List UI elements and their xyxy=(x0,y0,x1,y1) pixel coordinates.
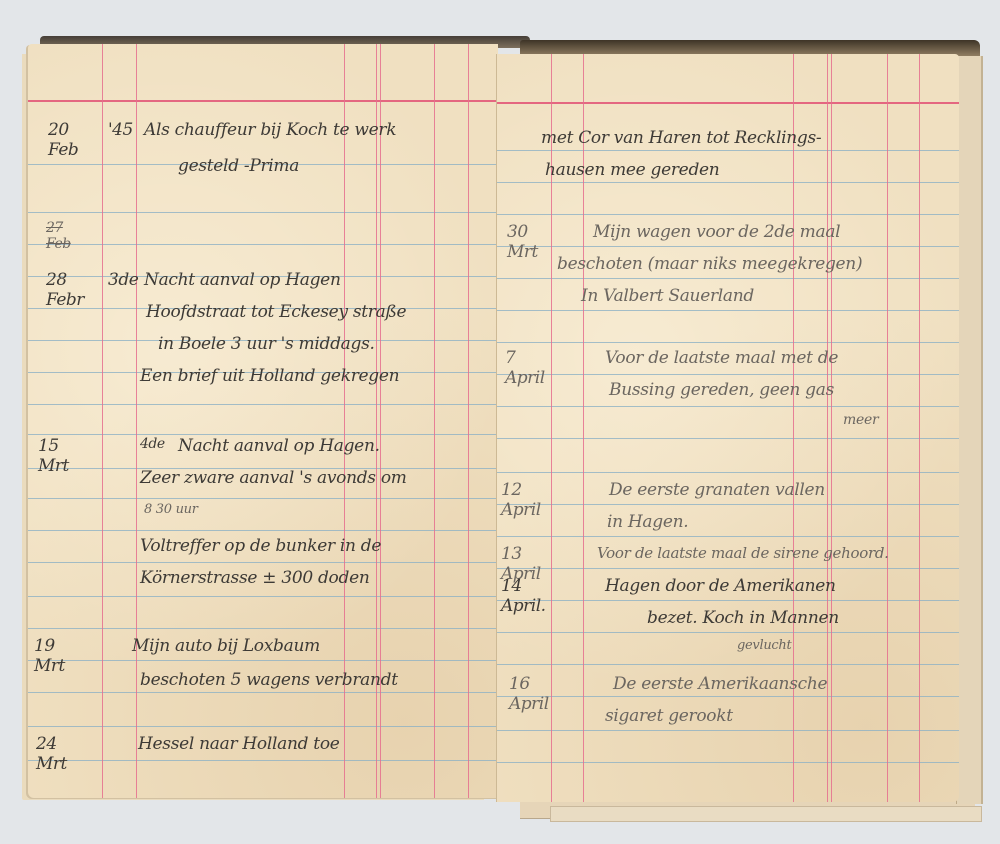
margin-line xyxy=(102,44,103,798)
ruled-line xyxy=(497,696,959,697)
ruled-line xyxy=(28,562,498,563)
entry-date: 27 Feb xyxy=(46,220,71,252)
margin-line xyxy=(136,44,137,798)
entry-ordinal: 3de xyxy=(108,270,138,290)
ruled-line xyxy=(28,692,498,693)
ruled-line xyxy=(28,244,498,245)
ruled-line xyxy=(497,762,959,763)
entry-line: bezet. Koch in Mannen xyxy=(647,608,839,628)
entry-line: Nacht aanval op Hagen. xyxy=(178,436,380,456)
ruled-line xyxy=(497,150,959,151)
ruled-line xyxy=(497,568,959,569)
entry-line: hausen mee gereden xyxy=(545,160,719,180)
entry-line: Voltreffer op de bunker in de xyxy=(140,536,381,556)
entry-line: Mijn wagen voor de 2de maal xyxy=(593,222,840,242)
entry-line: Nacht aanval op Hagen xyxy=(144,270,341,290)
entry-line: Als chauffeur bij Koch te werk xyxy=(144,120,396,140)
entry-line: in Boele 3 uur 's middags. xyxy=(158,334,375,354)
entry-line: in Hagen. xyxy=(607,512,688,532)
ruled-line xyxy=(497,342,959,343)
ruled-line xyxy=(497,310,959,311)
entry-line: De eerste granaten vallen xyxy=(609,480,825,500)
notebook-page-edges xyxy=(956,56,983,804)
entry-line: Bussing gereden, geen gas xyxy=(609,380,834,400)
entry-line: Een brief uit Holland gekregen xyxy=(140,366,399,386)
entry-line: 8 30 uur xyxy=(144,502,198,517)
column-line xyxy=(434,44,435,798)
notebook-back-sheet-bottom-2 xyxy=(550,806,982,822)
entry-year: '45 xyxy=(108,120,133,140)
entry-date: 28 Febr xyxy=(46,270,84,310)
ruled-line xyxy=(497,214,959,215)
entry-date: 24 Mrt xyxy=(36,734,67,774)
entry-line: Mijn auto bij Loxbaum xyxy=(132,636,320,656)
entry-date: 12 April xyxy=(501,480,541,520)
entry-line: sigaret gerookt xyxy=(605,706,733,726)
ruled-line xyxy=(497,246,959,247)
entry-line: Voor de laatste maal de sirene gehoord. xyxy=(597,544,889,562)
ruled-line xyxy=(28,498,498,499)
ruled-line xyxy=(28,404,498,405)
entry-date: 15 Mrt xyxy=(38,436,69,476)
ruled-line xyxy=(497,632,959,633)
ruled-line xyxy=(497,182,959,183)
ruled-line xyxy=(28,434,498,435)
entry-line: Voor de laatste maal met de xyxy=(605,348,838,368)
ruled-line xyxy=(28,212,498,213)
entry-ordinal: 4de xyxy=(140,436,165,452)
ruled-line xyxy=(497,406,959,407)
ruled-line xyxy=(28,628,498,629)
column-line xyxy=(887,54,888,802)
entry-date: 16 April xyxy=(509,674,549,714)
entry-line: met Cor van Haren tot Recklings- xyxy=(541,128,821,148)
ruled-line xyxy=(28,760,498,761)
ruled-line xyxy=(497,374,959,375)
entry-line: Hessel naar Holland toe xyxy=(138,734,340,754)
entry-line: beschoten (maar niks meegekregen) xyxy=(557,254,862,274)
entry-line: Hoofdstraat tot Eckesey straße xyxy=(146,302,406,322)
header-rule xyxy=(28,100,498,102)
entry-date: 19 Mrt xyxy=(34,636,65,676)
right-page: met Cor van Haren tot Recklings- hausen … xyxy=(496,54,959,802)
ruled-line xyxy=(497,730,959,731)
ruled-line xyxy=(497,600,959,601)
ruled-line xyxy=(497,664,959,665)
entry-line: In Valbert Sauerland xyxy=(581,286,754,306)
ruled-line xyxy=(28,596,498,597)
entry-date: 30 Mrt xyxy=(507,222,538,262)
entry-line: De eerste Amerikaansche xyxy=(613,674,827,694)
entry-line: beschoten 5 wagens verbrandt xyxy=(140,670,398,690)
ruled-line xyxy=(28,530,498,531)
entry-date: 14 April. xyxy=(501,576,546,616)
ruled-line xyxy=(497,278,959,279)
header-rule xyxy=(497,102,959,104)
ruled-line xyxy=(28,726,498,727)
entry-line: Körnerstrasse ± 300 doden xyxy=(140,568,369,588)
ruled-line xyxy=(497,536,959,537)
entry-line: Hagen door de Amerikanen xyxy=(605,576,836,596)
entry-line: meer xyxy=(843,412,878,428)
ruled-line xyxy=(497,504,959,505)
entry-line: Zeer zware aanval 's avonds om xyxy=(140,468,407,488)
column-line xyxy=(831,54,832,802)
column-line xyxy=(468,44,469,798)
left-page: 20 Feb '45 Als chauffeur bij Koch te wer… xyxy=(28,44,498,798)
entry-line: gesteld -Prima xyxy=(178,156,299,176)
column-line xyxy=(919,54,920,802)
entry-line: gevlucht xyxy=(737,638,791,653)
ruled-line xyxy=(497,472,959,473)
entry-date: 20 Feb xyxy=(48,120,78,160)
entry-date: 7 April xyxy=(505,348,545,388)
ruled-line xyxy=(497,438,959,439)
ruled-line xyxy=(28,660,498,661)
